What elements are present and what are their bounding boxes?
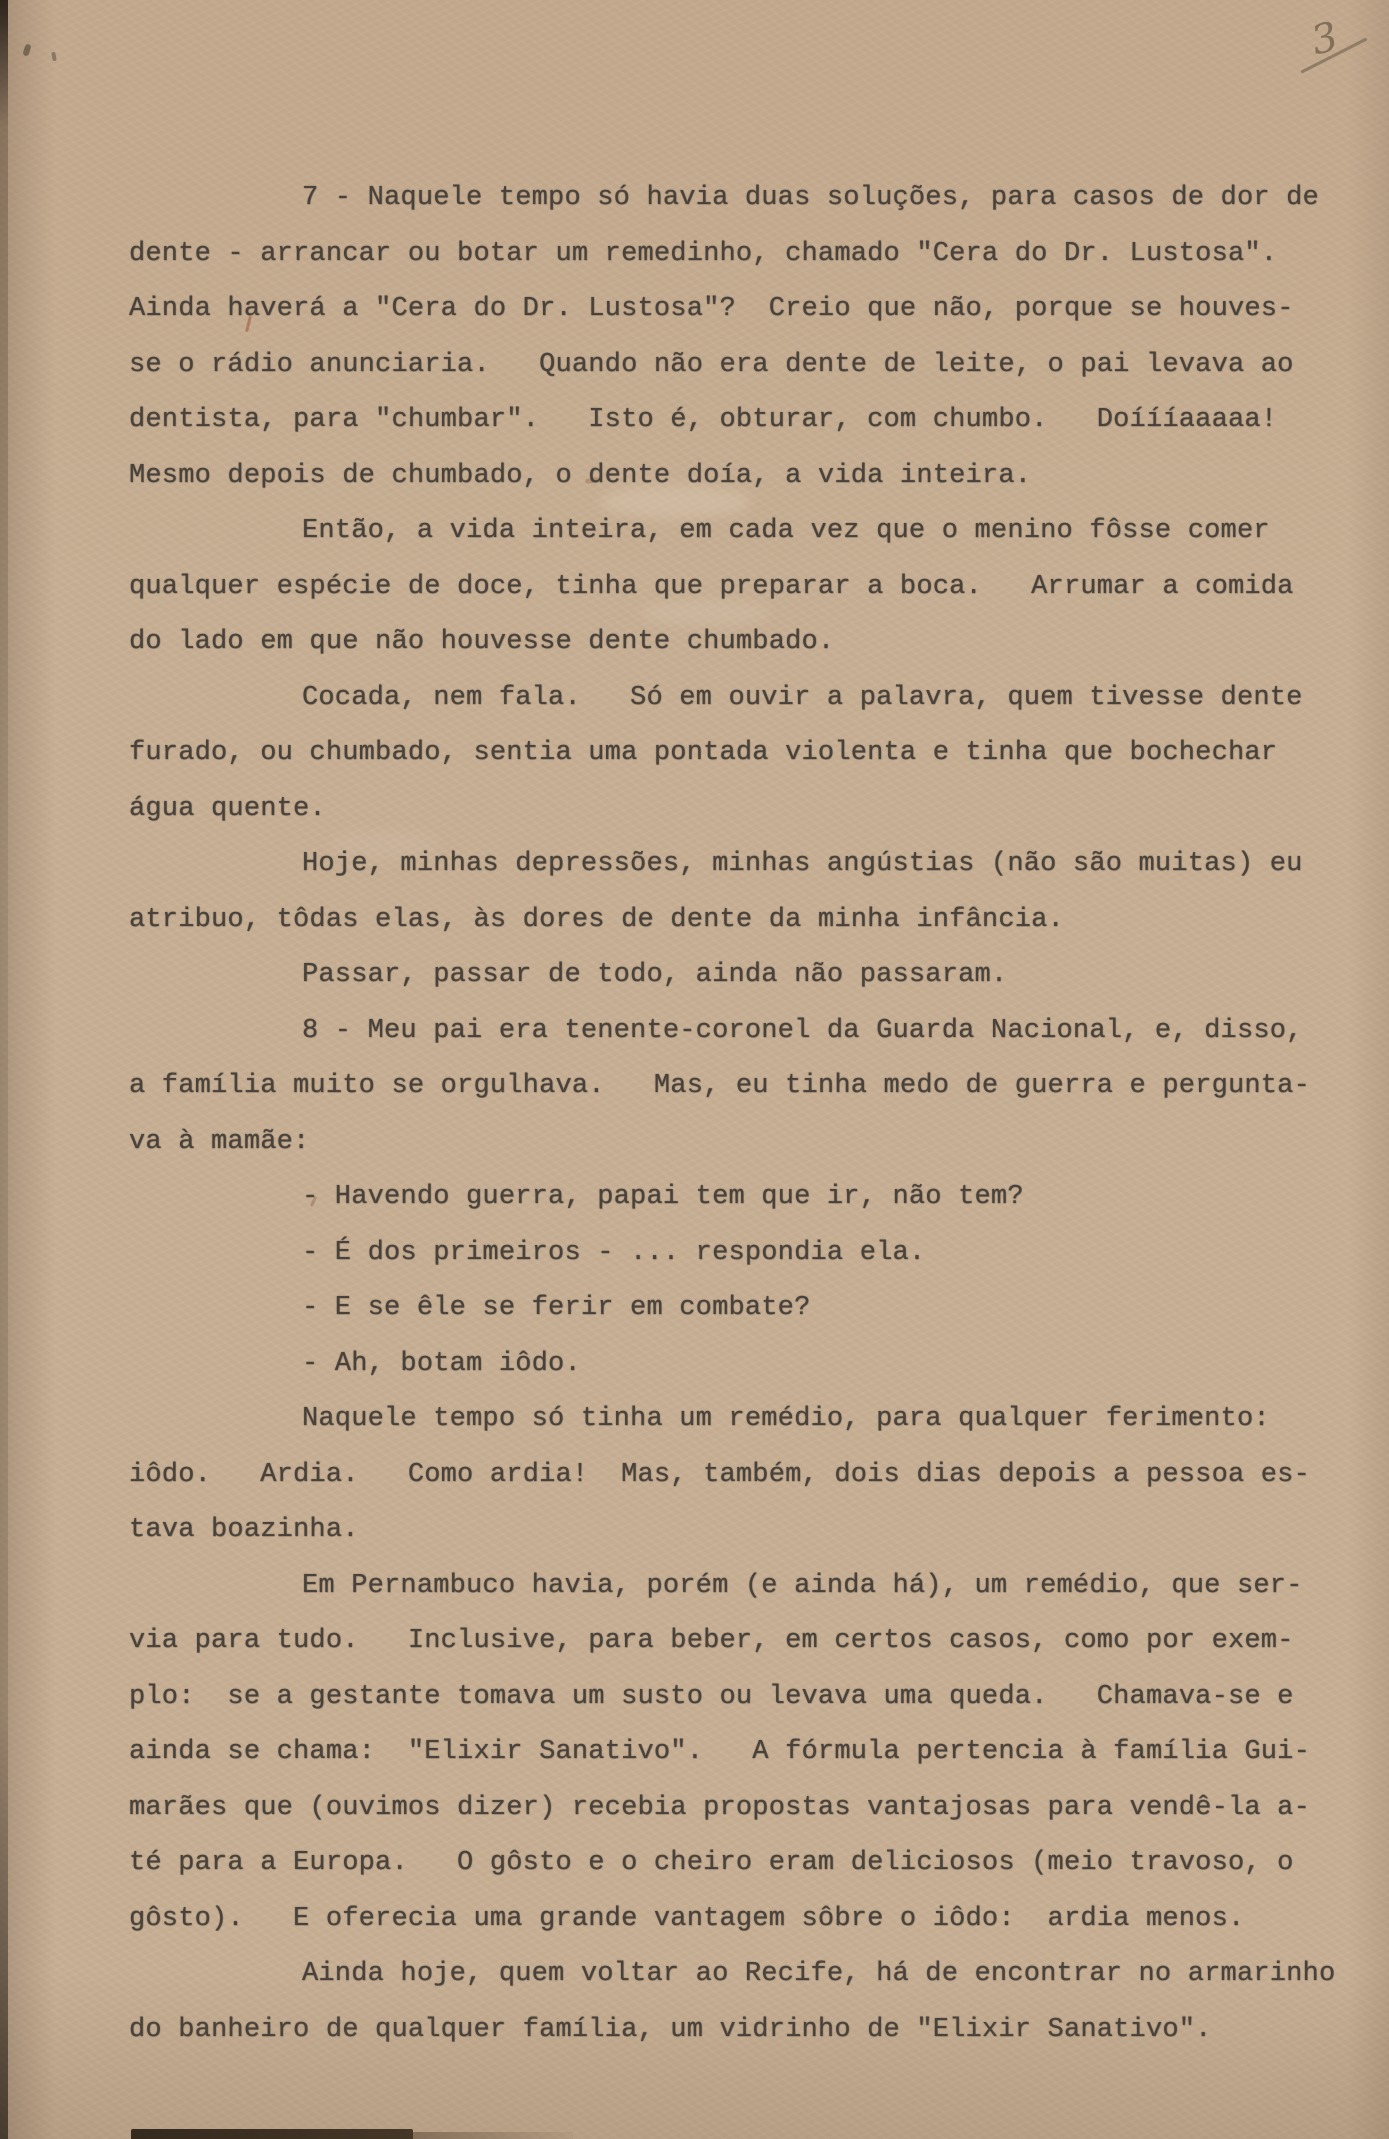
scan-bottom-artifact-fade	[413, 2132, 573, 2139]
typewritten-line: 7 - Naquele tempo só havia duas soluções…	[129, 171, 1334, 227]
typewritten-line: dentista, para "chumbar". Isto é, obtura…	[129, 393, 1334, 449]
typewritten-line: té para a Europa. O gôsto e o cheiro era…	[129, 1836, 1334, 1892]
typewritten-line: iôdo. Ardia. Como ardia! Mas, também, do…	[129, 1448, 1334, 1504]
typewritten-line: gôsto). E oferecia uma grande vantagem s…	[129, 1892, 1334, 1948]
typewritten-line: plo: se a gestante tomava um susto ou le…	[129, 1670, 1334, 1726]
typewritten-line: Ainda haverá a "Cera do Dr. Lustosa"? Cr…	[129, 282, 1334, 338]
typewritten-line: marães que (ouvimos dizer) recebia propo…	[129, 1781, 1334, 1837]
scan-left-edge-shadow	[0, 0, 8, 2139]
typewritten-line: Mesmo depois de chumbado, o dente doía, …	[129, 449, 1334, 505]
typewritten-line: tava boazinha.	[129, 1503, 1334, 1559]
typewritten-line: atribuo, tôdas elas, às dores de dente d…	[129, 893, 1334, 949]
typewritten-line: 8 - Meu pai era tenente-coronel da Guard…	[129, 1004, 1334, 1060]
typewritten-line: água quente.	[129, 782, 1334, 838]
typewritten-line: dente - arrancar ou botar um remedinho, …	[129, 227, 1334, 283]
typewritten-line: Cocada, nem fala. Só em ouvir a palavra,…	[129, 671, 1334, 727]
typewritten-line: Passar, passar de todo, ainda não passar…	[129, 948, 1334, 1004]
typewritten-line: Então, a vida inteira, em cada vez que o…	[129, 504, 1334, 560]
typewritten-line: do banheiro de qualquer família, um vidr…	[129, 2003, 1334, 2059]
typewritten-line: - Ah, botam iôdo.	[129, 1337, 1334, 1393]
typewritten-line: furado, ou chumbado, sentia uma pontada …	[129, 726, 1334, 782]
typewritten-line: Em Pernambuco havia, porém (e ainda há),…	[129, 1559, 1334, 1615]
typewritten-line: via para tudo. Inclusive, para beber, em…	[129, 1614, 1334, 1670]
paper-speck	[22, 43, 31, 56]
scanned-page: 3 7 - Naquele tempo só havia duas soluçõ…	[0, 0, 1389, 2139]
typewritten-line: Hoje, minhas depressões, minhas angústia…	[129, 837, 1334, 893]
handwritten-page-number: 3	[1307, 14, 1343, 65]
typewritten-line: - Havendo guerra, papai tem que ir, não …	[129, 1170, 1334, 1226]
typewritten-line: do lado em que não houvesse dente chumba…	[129, 615, 1334, 671]
typewritten-line: Naquele tempo só tinha um remédio, para …	[129, 1392, 1334, 1448]
typewritten-line: - É dos primeiros - ... respondia ela.	[129, 1226, 1334, 1282]
typewritten-line: - E se êle se ferir em combate?	[129, 1281, 1334, 1337]
typewritten-line: Ainda hoje, quem voltar ao Recife, há de…	[129, 1947, 1334, 2003]
typewritten-line: a família muito se orgulhava. Mas, eu ti…	[129, 1059, 1334, 1115]
typewritten-line: qualquer espécie de doce, tinha que prep…	[129, 560, 1334, 616]
typewritten-line: se o rádio anunciaria. Quando não era de…	[129, 338, 1334, 394]
text-block: 7 - Naquele tempo só havia duas soluções…	[129, 171, 1334, 2058]
paper-speck	[51, 52, 57, 62]
scan-bottom-artifact	[131, 2129, 413, 2139]
typewritten-line: ainda se chama: "Elixir Sanativo". A fór…	[129, 1725, 1334, 1781]
typewritten-line: va à mamãe:	[129, 1115, 1334, 1171]
